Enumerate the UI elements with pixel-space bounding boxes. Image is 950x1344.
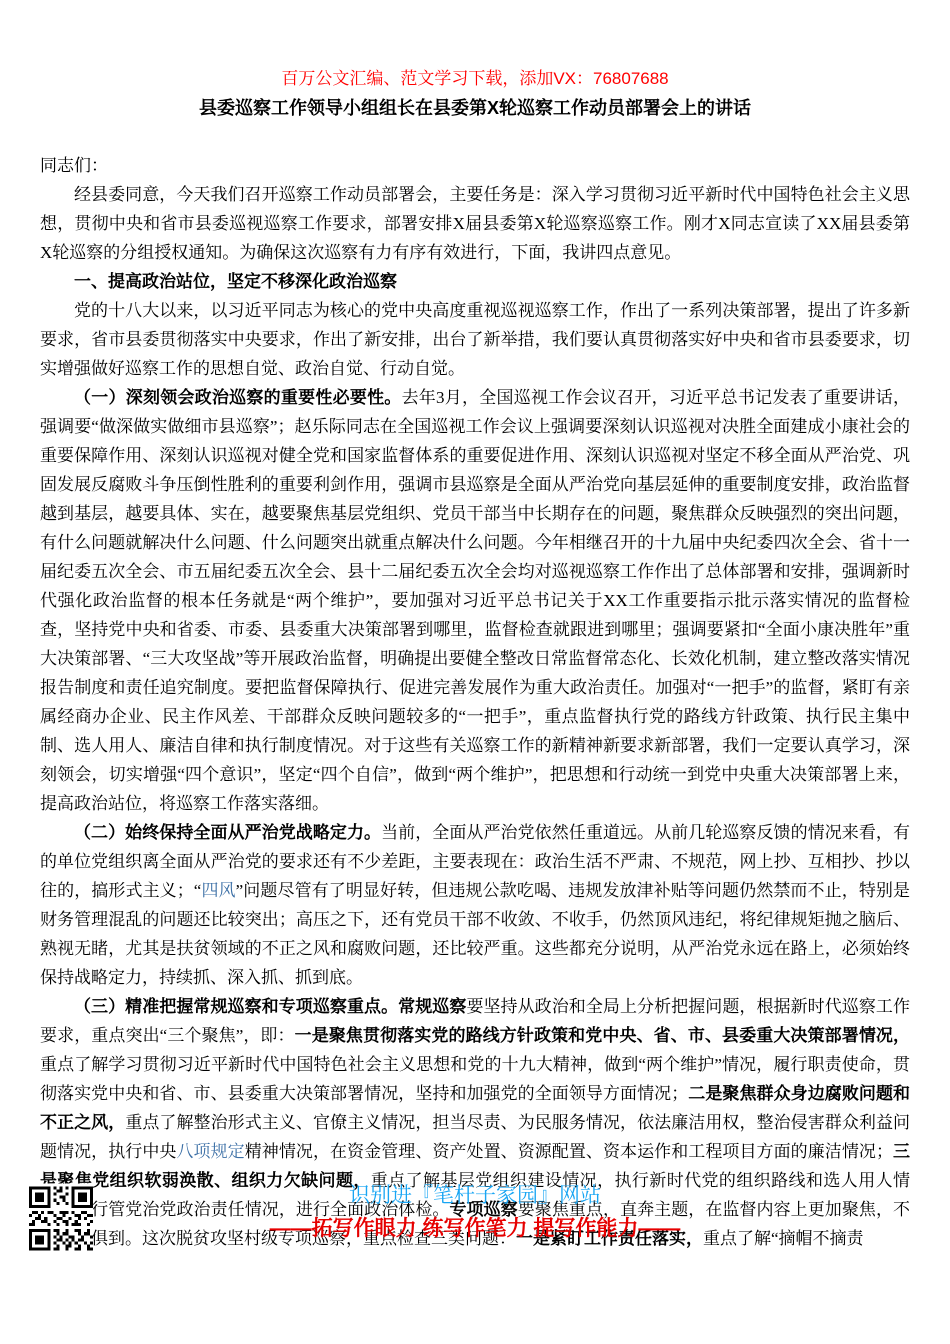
footer-website-link[interactable]: 识别进『笔杆子家园』网站 [0,1183,950,1209]
document-footer: 识别进『笔杆子家园』网站 ——拓写作眼力 练写作笔力 提写作能力—— [0,1183,950,1242]
qr-code [29,1183,93,1251]
document-header: 百万公文汇编、范文学习下载，添加VX：76807688 县委巡察工作领导小组组长… [0,0,950,120]
subsection-2-paragraph: （二）始终保持全面从严治党战略定力。当前，全面从严治党依然任重道远。从前几轮巡察… [40,818,910,992]
section-1-heading: 一、提高政治站位，坚定不移深化政治巡察 [40,267,910,296]
text-run: （一）深刻领会政治巡察的重要性必要性。 [74,388,402,407]
promo-notice: 百万公文汇编、范文学习下载，添加VX：76807688 [0,69,950,89]
text-run: 经县委同意，今天我们召开巡察工作动员部署会，主要任务是：深入学习贯彻习近平新时代… [40,185,910,262]
text-run: 同志们： [40,156,108,175]
text-run: （三）精准把握常规巡察和专项巡察重点。常规巡察 [74,997,466,1016]
page-title: 县委巡察工作领导小组组长在县委第X轮巡察工作动员部署会上的讲话 [0,96,950,120]
inline-link[interactable]: 八项规定 [176,1142,244,1161]
footer-slogan: ——拓写作眼力 练写作笔力 提写作能力—— [0,1216,950,1242]
salutation: 同志们： [40,151,910,180]
intro-paragraph: 经县委同意，今天我们召开巡察工作动员部署会，主要任务是：深入学习贯彻习近平新时代… [40,180,910,267]
document-body: 同志们： 经县委同意，今天我们召开巡察工作动员部署会，主要任务是：深入学习贯彻习… [40,151,910,1253]
document-page: 百万公文汇编、范文学习下载，添加VX：76807688 县委巡察工作领导小组组长… [0,0,950,1344]
text-run: （二）始终保持全面从严治党战略定力。 [74,823,381,842]
text-run: 一是聚焦贯彻落实党的路线方针政策和党中央、省、市、县委重大决策部署情况， [295,1026,910,1045]
inline-link[interactable]: 四风 [201,881,235,900]
section-1-paragraph: 党的十八大以来，以习近平同志为核心的党中央高度重视巡视巡察工作，作出了一系列决策… [40,296,910,383]
text-run: 一、提高政治站位，坚定不移深化政治巡察 [74,272,397,291]
text-run: 党的十八大以来，以习近平同志为核心的党中央高度重视巡视巡察工作，作出了一系列决策… [40,301,910,378]
text-run: 去年3月，全国巡视工作会议召开，习近平总书记发表了重要讲话，强调要“做深做实做细… [40,388,910,813]
text-run: 精神情况，在资金管理、资产处置、资源配置、资本运作和工程项目方面的廉洁情况； [245,1142,893,1161]
subsection-1-paragraph: （一）深刻领会政治巡察的重要性必要性。去年3月，全国巡视工作会议召开，习近平总书… [40,383,910,818]
